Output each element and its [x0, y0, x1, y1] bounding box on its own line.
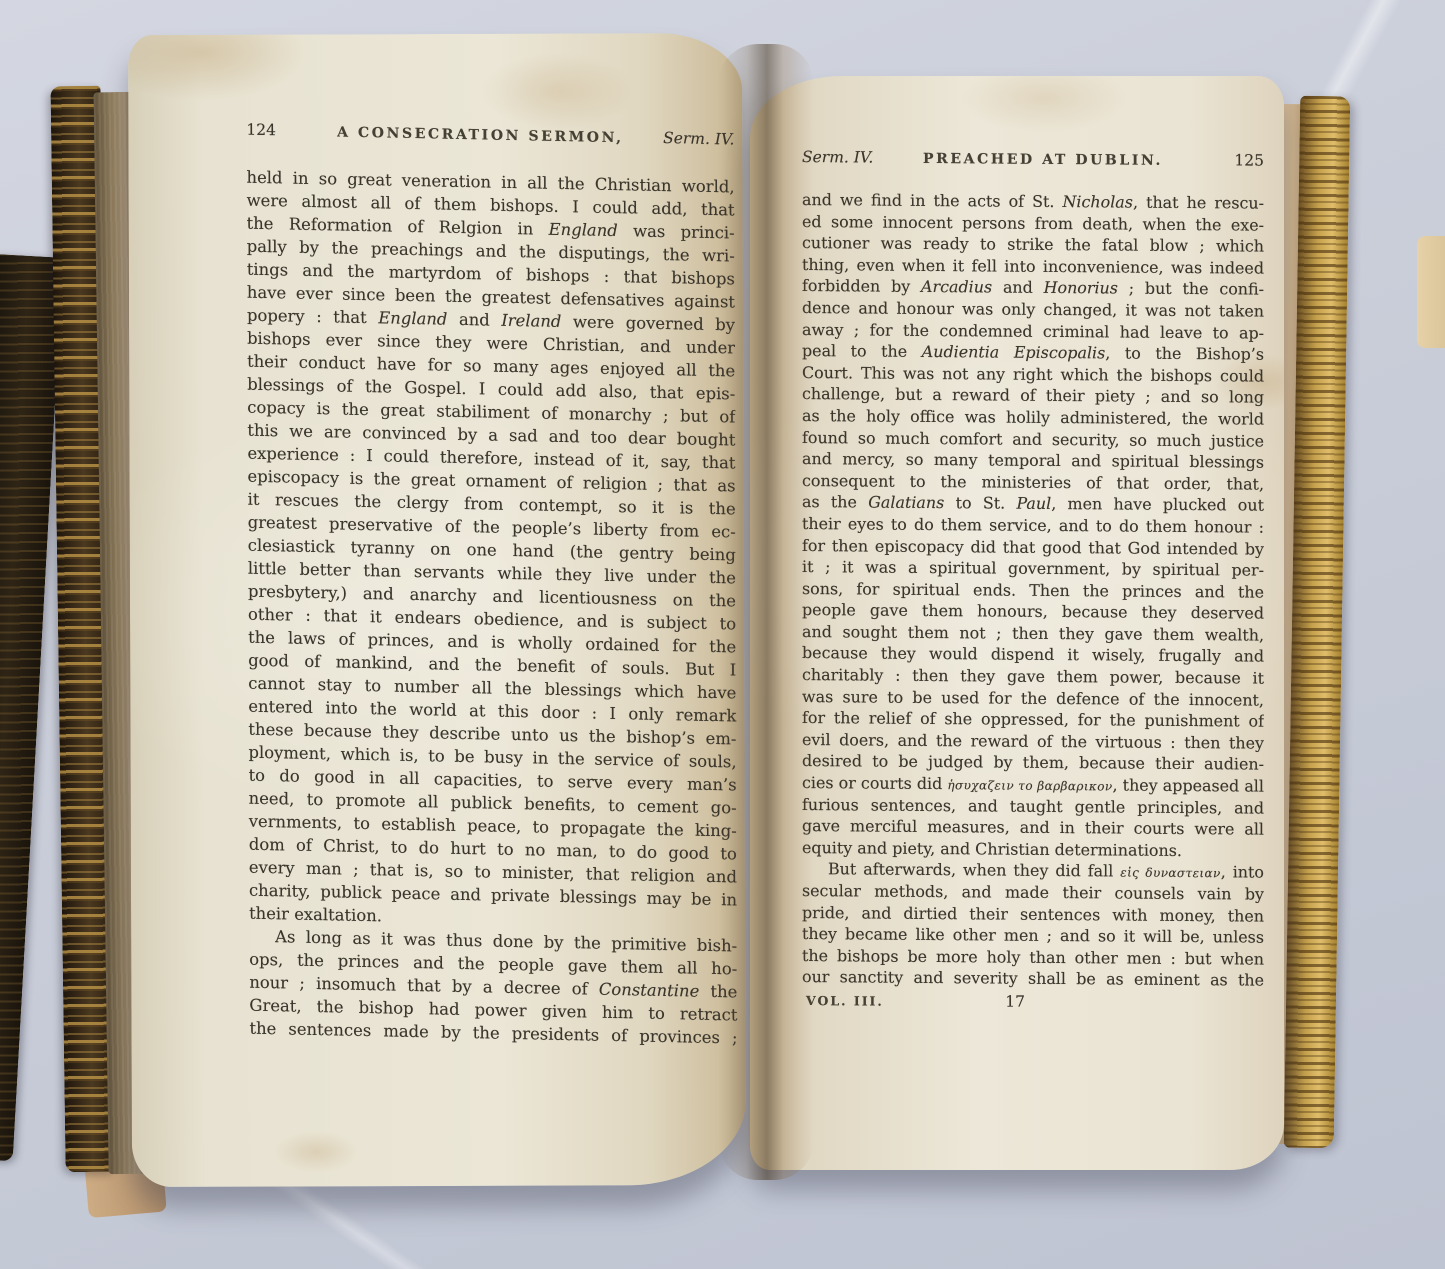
text-line: their eyes to do them service, and to do… [802, 513, 1264, 538]
right-page: Serm. IV. PREACHED AT DUBLIN. 125 and we… [750, 76, 1284, 1170]
text-line: charitably : then they gave them power, … [802, 664, 1264, 689]
text-line: and we find in the acts of St. Nicholas,… [802, 189, 1264, 214]
left-page-content: 124 A CONSECRATION SERMON, Serm. IV. hel… [246, 121, 737, 1050]
volume-label: VOL. III. [806, 993, 884, 1009]
text-line: cies or courts did ἡσυχαζειν το βαρβαρικ… [802, 772, 1264, 797]
right-sermon-marker: Serm. IV. [802, 148, 880, 167]
left-page-header: 124 A CONSECRATION SERMON, Serm. IV. [246, 121, 734, 149]
left-page: 124 A CONSECRATION SERMON, Serm. IV. hel… [128, 33, 746, 1187]
right-page-content: Serm. IV. PREACHED AT DUBLIN. 125 and we… [802, 148, 1264, 1017]
left-running-title: A CONSECRATION SERMON, [304, 124, 656, 147]
right-page-number: 125 [1206, 151, 1264, 169]
left-page-text: held in so great veneration in all the C… [246, 166, 737, 1050]
open-book-photo: 124 A CONSECRATION SERMON, Serm. IV. hel… [0, 0, 1445, 1269]
left-sermon-marker: Serm. IV. [656, 129, 734, 149]
text-line: our sanctity and severity shall be as em… [802, 966, 1264, 991]
text-line: secular methods, and made their counsels… [802, 880, 1264, 905]
right-page-header: Serm. IV. PREACHED AT DUBLIN. 125 [802, 148, 1264, 170]
text-line: dence and honour was only changed, it wa… [802, 297, 1264, 322]
table-surface-right [1417, 236, 1445, 348]
right-page-footer: VOL. III. 17 [802, 991, 1264, 1017]
right-running-title: PREACHED AT DUBLIN. [880, 151, 1206, 170]
right-page-text: and we find in the acts of St. Nicholas,… [802, 189, 1264, 992]
left-page-number: 124 [246, 121, 304, 140]
text-line: as the holy office was holily administer… [802, 405, 1264, 430]
signature-number: 17 [1005, 993, 1025, 1011]
